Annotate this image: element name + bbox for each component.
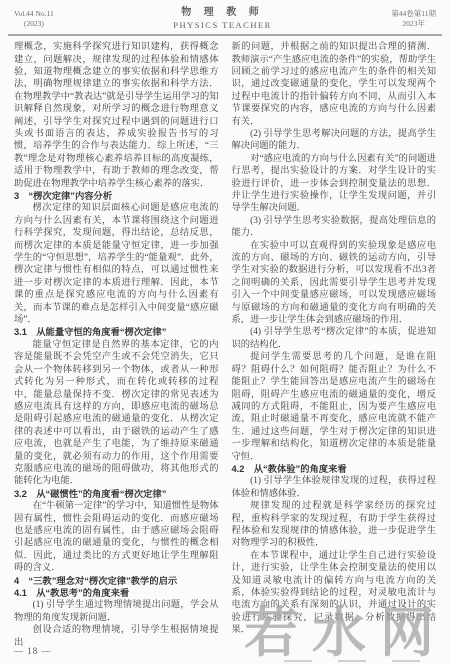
- journal-header: Vol.44 No.11 (2023) 物 理 教 师 PHYSICS TEAC…: [0, 0, 450, 33]
- paragraph: 在“牛顿第一定律”的学习中，知道惯性是物体固有属性，惯性会阻碍运动的变化．而感应…: [14, 500, 219, 574]
- issue-info: 第44卷第11期 2023年: [391, 9, 436, 28]
- paragraph: (3) 引导学生思考实验数据，提高处理信息的能力．: [232, 215, 437, 240]
- journal-page: Vol.44 No.11 (2023) 物 理 教 师 PHYSICS TEAC…: [0, 0, 450, 664]
- paragraph: 新的问题，并根据之前的知识提出合理的猜测．教师演示“产生感应电流的条件”的实验，…: [232, 41, 437, 128]
- year-line: (2023): [14, 19, 54, 28]
- article-body: 理概念，实施科学探究进行知识建构，获得概念建立，问题解决，规律发现的过程体验和情…: [0, 36, 450, 649]
- paragraph: 理概念，实施科学探究进行知识建构，获得概念建立，问题解决，规律发现的过程体验和情…: [14, 41, 219, 190]
- section-heading: 4.1 从“教思考”的角度来看: [14, 587, 219, 599]
- paragraph: 规律发现的过程就是科学家经历的探究过程，重构科学家的发现过程，有助于学生获得过程…: [232, 500, 437, 550]
- right-column: 新的问题，并根据之前的知识提出合理的猜测．教师演示“产生感应电流的条件”的实验，…: [232, 41, 437, 649]
- volume-line: Vol.44 No.11: [14, 9, 54, 18]
- section-heading: 3.2 从“磁惯性”的角度看“楞次定律”: [14, 488, 219, 500]
- volume-info: Vol.44 No.11 (2023): [14, 9, 54, 28]
- section-heading: 4.2 从“教体验”的角度来看: [232, 463, 437, 475]
- issue-line: 第44卷第11期: [391, 9, 436, 18]
- journal-title-en: PHYSICS TEACHER: [173, 20, 272, 31]
- paragraph: (4) 引导学生思考“楞次定律”的本质，促进知识的结构化．: [232, 326, 437, 351]
- section-heading: 4 “三教”理念对“楞次定律”教学的启示: [14, 575, 219, 587]
- journal-title-cn: 物 理 教 师: [173, 7, 272, 20]
- paragraph: (2) 引导学生思考解决问题的方法，提高学生解决问题的能力．: [232, 128, 437, 153]
- section-heading: 3.1 从能量守恒的角度看“楞次定律”: [14, 326, 219, 338]
- section-heading: 3 “楞次定律”内容分析: [14, 190, 219, 202]
- paragraph: 楞次定律的知识层面核心问题是感应电流的方向与什么因素有关，本节课将围绕这个问题进…: [14, 202, 219, 326]
- paragraph: 提问学生需要思考的几个问题，是谁在阻碍？阻碍什么？如何阻碍？能否阻止？为什么不能…: [232, 351, 437, 463]
- page-number: — 18 —: [14, 646, 52, 656]
- paragraph: (1) 引导学生体验规律发现的过程，获得过程体验和情感体验．: [232, 475, 437, 500]
- watermark-underline: [284, 660, 420, 662]
- left-column: 理概念，实施科学探究进行知识建构，获得概念建立，问题解决，规律发现的过程体验和情…: [14, 41, 219, 649]
- paragraph: 对“感应电流的方向与什么因素有关”的问题进行思考，提出实验设计的方案．对学生设计…: [232, 153, 437, 215]
- paragraph: 能量守恒定律是自然界的基本定律，它的内容是能量既不会凭空产生或不会凭空消失，它只…: [14, 339, 219, 488]
- paragraph: (1) 引导学生通过物理情境提出问题，学会从物理的角度发现新问题．: [14, 599, 219, 624]
- journal-title: 物 理 教 师 PHYSICS TEACHER: [173, 7, 272, 30]
- paragraph: 在实验中可以直观得到的实验现象是感应电流的方向、磁场的方向、磁铁的运动方向，引导…: [232, 240, 437, 327]
- paragraph: 在本节课程中，通过让学生自己进行实验设计，进行实验，让学生体会控制变量法的使用以…: [232, 550, 437, 637]
- issue-year: 2023年: [391, 19, 436, 28]
